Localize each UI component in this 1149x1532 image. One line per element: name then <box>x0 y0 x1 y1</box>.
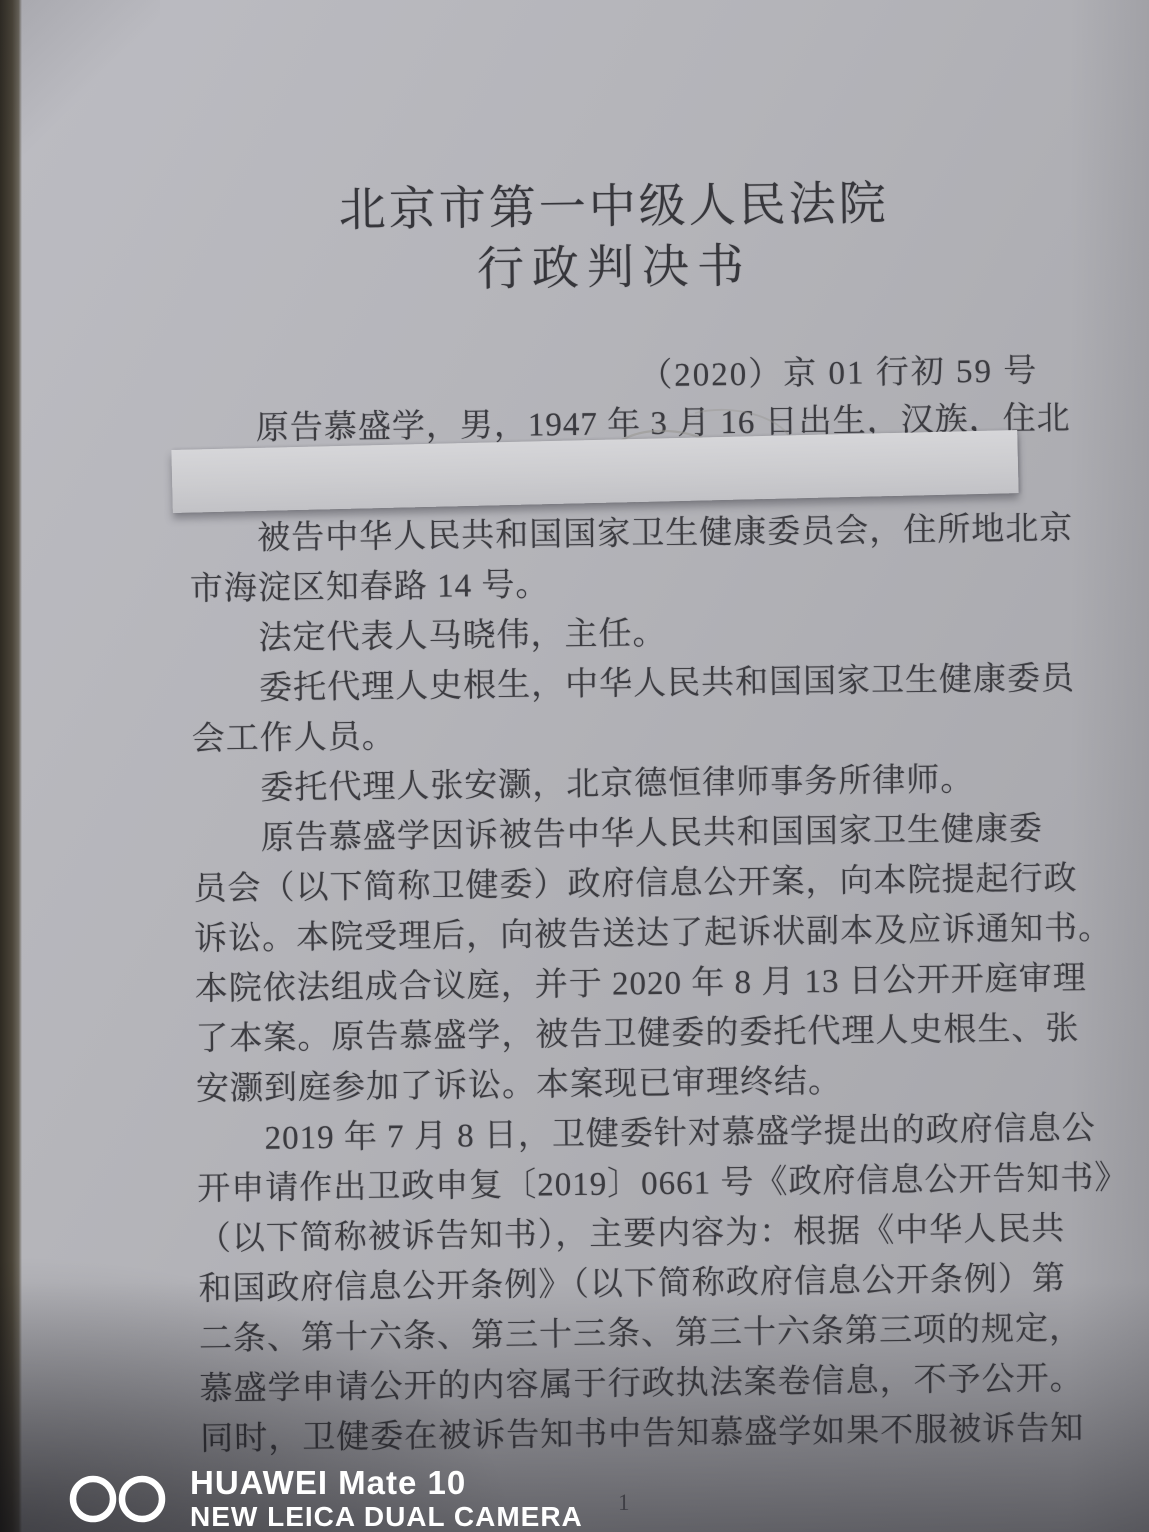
paper-right-shading <box>1069 0 1149 1532</box>
paper-fold-shadow <box>0 0 160 170</box>
document-body: 原告慕盛学，男，1947 年 3 月 16 日出生，汉族，住北 被告中华人民共和… <box>188 394 1081 1465</box>
table-surface-edge <box>0 0 22 1532</box>
page-number: 1 <box>618 1490 630 1516</box>
case-number: （2020）京 01 行初 59 号 <box>639 344 1039 396</box>
watermark-device-name: HUAWEI Mate 10 <box>190 1466 583 1499</box>
document-type-title: 行政判决书 <box>0 224 1143 305</box>
dual-camera-icon <box>66 1472 174 1526</box>
judgment-document: 北京市第一中级人民法院 行政判决书 （2020）京 01 行初 59 号 原告慕… <box>0 0 1149 1532</box>
document-photo: 北京市第一中级人民法院 行政判决书 （2020）京 01 行初 59 号 原告慕… <box>0 0 1149 1532</box>
camera-watermark: HUAWEI Mate 10 NEW LEICA DUAL CAMERA <box>66 1466 583 1531</box>
document-line: 同时，卫健委在被诉告知书中告知慕盛学如果不服被诉告知 <box>200 1404 1081 1465</box>
watermark-camera-name: NEW LEICA DUAL CAMERA <box>190 1503 583 1531</box>
